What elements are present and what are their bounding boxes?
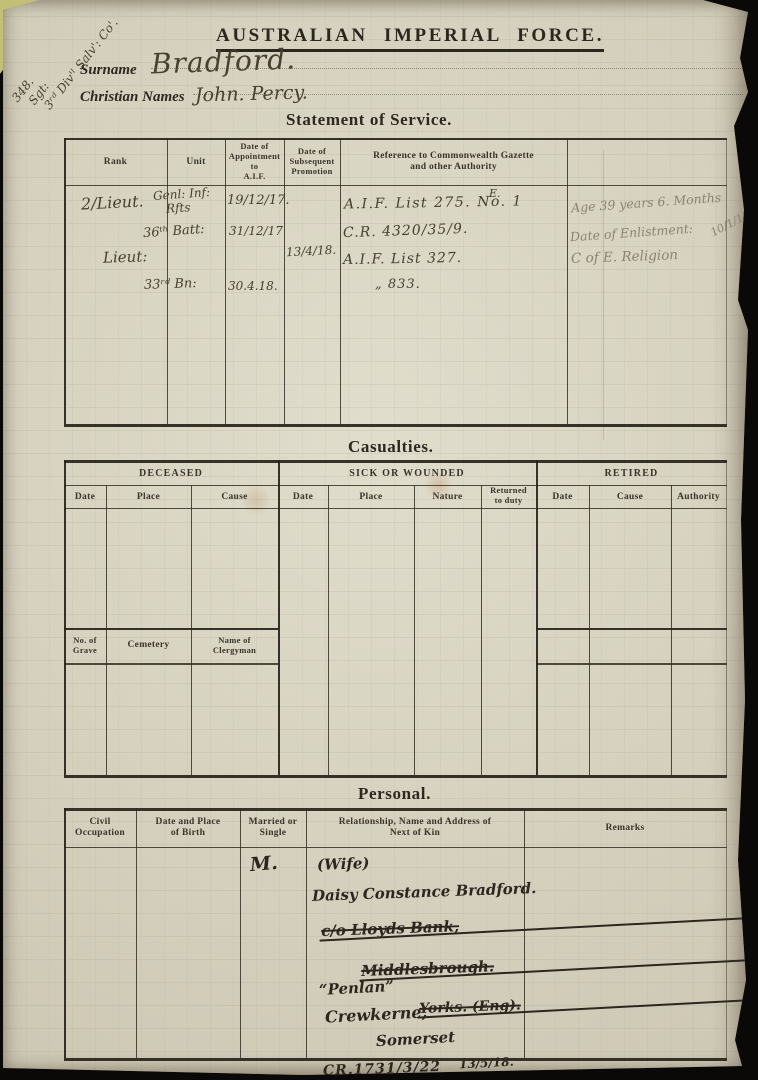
table-rule (136, 808, 137, 1058)
personal-col-married: Married or Single (240, 811, 306, 845)
christian-names-label: Christian Names (80, 89, 185, 106)
service-reference-entry: E. (489, 188, 501, 199)
footer-date: 13/5/18. (459, 1056, 514, 1071)
table-rule (414, 485, 415, 775)
statement-col-reference: Reference to Commonwealth Gazette and ot… (340, 140, 567, 184)
table-rule (64, 808, 66, 1058)
table-rule (726, 808, 727, 1058)
service-unit-entry: Genl: Inf: (153, 186, 211, 202)
nok-relationship: (Wife) (317, 856, 370, 873)
service-reference-entry: „ 833. (375, 278, 421, 291)
margin-note-age: Age 39 years 6. Months (571, 192, 722, 215)
sick-col-place: Place (328, 486, 414, 508)
deceased-col-cemetery: Cemetery (106, 629, 191, 662)
table-rule (64, 847, 727, 848)
service-unit-entry: Rfts (166, 201, 191, 214)
sick-col-returned: Returned to duty (481, 484, 536, 508)
table-rule (64, 775, 727, 778)
table-rule (481, 485, 482, 775)
nok-struck-address-line: c/o Lloyds Bank, (321, 898, 758, 939)
sick-col-date: Date (278, 486, 328, 508)
retired-col-cause: Cause (589, 486, 671, 508)
personal-heading: Personal. (358, 784, 431, 804)
scanned-service-record: 348. Sgt: 3ʳᵈ Div'ˡ Salv': Co'. AUSTRALI… (0, 0, 758, 1080)
deceased-col-grave: No. of Grave (64, 629, 106, 662)
statement-col-rank: Rank (64, 140, 167, 184)
nok-name: Daisy Constance Bradford. (312, 881, 537, 904)
service-appointed-date: 30.4.18. (228, 280, 278, 292)
deceased-col-date: Date (64, 486, 106, 508)
table-rule (524, 808, 525, 1058)
nok-address-line: “Penlan” (319, 979, 395, 998)
table-rule (536, 628, 727, 630)
table-rule (726, 460, 727, 775)
table-rule (64, 508, 727, 509)
footer-reference: CR.1731/3/22 (323, 1060, 441, 1078)
casualties-group-sick: SICK OR WOUNDED (278, 463, 536, 485)
married-status-value: M. (249, 854, 278, 875)
table-rule (726, 138, 727, 424)
statement-heading: Statement of Service. (286, 110, 452, 130)
table-rule (240, 808, 241, 1058)
deceased-col-clergyman: Name of Clergyman (191, 629, 278, 662)
personal-col-remarks: Remarks (524, 811, 726, 845)
service-rank-entry: Lieut: (103, 249, 148, 266)
table-rule (567, 138, 568, 424)
deceased-col-place: Place (106, 486, 191, 508)
table-rule (64, 424, 727, 427)
casualties-group-deceased: DECEASED (64, 463, 278, 485)
paper-crease (603, 150, 604, 440)
table-rule (589, 485, 590, 775)
personal-col-birth: Date and Place of Birth (136, 811, 240, 845)
service-promotion-date: 13/4/18. (286, 244, 337, 259)
statement-col-appointment: Date of Appointment to A.I.F. (225, 140, 284, 184)
surname-value: Bradford. (151, 45, 297, 78)
sick-col-nature: Nature (414, 486, 481, 508)
statement-col-unit: Unit (167, 140, 225, 184)
service-appointed-date: 31/12/17 (229, 225, 283, 237)
nok-address-line: Somerset (376, 1030, 456, 1049)
margin-note-religion: C of E. Religion (571, 249, 678, 266)
nok-struck-address-line: Middlesbrough. (361, 938, 758, 979)
paper-sheet: 348. Sgt: 3ʳᵈ Div'ˡ Salv': Co'. AUSTRALI… (3, 0, 748, 1075)
service-appointed-date: 19/12/17. (227, 194, 290, 207)
deceased-col-cause: Cause (191, 486, 278, 508)
surname-label: Surname (80, 62, 137, 79)
service-unit-entry: 33ʳᵈ Bn: (144, 277, 197, 292)
nok-address-line: Crewkerne, (325, 1004, 428, 1025)
christian-names-line (193, 94, 743, 95)
personal-col-nok: Relationship, Name and Address of Next o… (306, 811, 524, 845)
service-unit-entry: 36ᵗʰ Batt: (143, 223, 205, 240)
table-rule (306, 808, 307, 1058)
service-reference-entry: C.R. 4320/35/9. (343, 222, 469, 240)
service-rank-entry: 2/Lieut. (81, 193, 144, 212)
nok-struck-address-line: Yorks. (Eng). (419, 976, 758, 1016)
margin-note-enlistment-date: 10/1/18 (709, 209, 752, 239)
table-rule (64, 663, 278, 665)
retired-col-authority: Authority (671, 486, 726, 508)
casualties-group-retired: RETIRED (536, 463, 727, 485)
table-rule (536, 663, 727, 665)
surname-line (151, 68, 743, 69)
personal-col-occupation: Civil Occupation (64, 811, 136, 845)
margin-note-enlistment: Date of Enlistment: (570, 223, 694, 244)
statement-col-promotion: Date of Subsequent Promotion (284, 140, 340, 184)
table-rule (328, 485, 329, 775)
table-rule (64, 185, 727, 186)
retired-col-date: Date (536, 486, 589, 508)
table-rule (671, 485, 672, 775)
service-reference-entry: A.I.F. List 327. (343, 251, 462, 267)
casualties-heading: Casualties. (348, 437, 433, 457)
